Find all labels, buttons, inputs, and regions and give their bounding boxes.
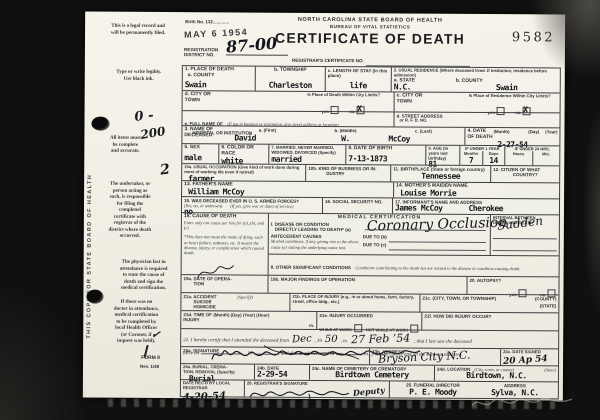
death-limits-question: Is Place of Death Within City Limits? xyxy=(296,93,392,98)
certificate-form: Birth No. 132............. MAY 6 1954 RE… xyxy=(180,13,561,399)
time-of-injury-meridiem: m. xyxy=(213,322,314,328)
funeral-director-value: P. E. Moody xyxy=(392,388,474,397)
margin-note-legal: This is a legal record and will be perma… xyxy=(109,24,167,37)
township-value: Charleston xyxy=(258,82,323,90)
disease-label: I. DISEASE OR CONDITION DIRECTLY LEADING… xyxy=(271,221,363,232)
cemetery-value: Birdtown Cemetery xyxy=(312,371,432,380)
date-of-death-label: 4. DATE OF DEATH xyxy=(467,129,493,141)
death-city-label: d. CITY OR TOWN xyxy=(185,92,219,109)
street-address-label2: or R. F. D. NO. xyxy=(397,119,558,125)
time-of-injury-label: 21d. TIME OF INJURY xyxy=(183,312,213,327)
org-line1: NORTH CAROLINA STATE BOARD OF HEALTH xyxy=(265,17,475,25)
middle-name-hint: b. (Middle) xyxy=(306,128,384,133)
field-ssn: 16. SOCIAL SECURITY NO. xyxy=(322,198,392,213)
margin-note-complete: All items must be complete and accurate. xyxy=(108,136,142,156)
other-conditions-sub: Conditions contributing to the death but… xyxy=(355,265,520,271)
field-time-of-injury: 21d. TIME OF INJURY (Month) (Day) (Year)… xyxy=(181,311,316,329)
field-cemetery-name: 24c. NAME OF CEMETERY OR CREMATORY Birdt… xyxy=(309,365,434,381)
birth-no: Birth No. 132............. xyxy=(185,19,229,24)
scan-left-texture xyxy=(0,280,90,420)
field-accident-suicide-homicide: 21a. ACCIDENT SUICIDE HOMICIDE (Specify) xyxy=(181,293,289,311)
accident-specify-hint: (Specify) xyxy=(237,294,253,309)
injury-state-hint: (STATE) xyxy=(422,303,556,309)
field-occupation: 10a. USUAL OCCUPATION (Give kind of work… xyxy=(182,164,305,181)
field-sex: 5. SEX male xyxy=(182,144,218,163)
field-date-signed: 23c. DATE SIGNED 20 Ap 54 xyxy=(500,349,558,365)
field-age-under-1-year: IF UNDER 1 YEAR Months 7 Days 14 xyxy=(459,146,504,165)
margin-handwriting-200: 200 xyxy=(139,124,166,142)
last-name-hint: c. (Last) xyxy=(384,128,462,133)
field-how-injury-occurred: 21f. HOW DID INJURY OCCUR? xyxy=(421,313,558,331)
citizen-label2: COUNTRY? xyxy=(493,172,557,178)
first-name-hint: a. (First) xyxy=(228,127,306,132)
form-revision: Rev. 1/49 xyxy=(140,364,159,369)
field-industry: 10b. KIND OF BUSINESS OR IN- DUSTRY xyxy=(305,165,390,182)
dod-month-hint: (Month) xyxy=(493,129,528,141)
field-mother-name: 14. MOTHER'S MAIDEN NAME Louise Morrie xyxy=(393,182,559,198)
margin-handwriting-2: 2 xyxy=(159,161,171,178)
field-cause-of-death-column: 18. CAUSE OF DEATH Enter only one cause … xyxy=(182,213,268,275)
field-citizenship: 12. CITIZEN OF WHAT COUNTRY? xyxy=(490,166,559,182)
field-age: 9. AGE (In years last birthday) 81 xyxy=(425,146,459,165)
margin-note-physician: The physician last in attendance is requ… xyxy=(119,260,167,293)
margin-note-type: Type or write legibly. Use black ink. xyxy=(113,70,165,83)
injury-city-label: 21c. (CITY, TOWN, OR TOWNSHIP) xyxy=(422,296,535,302)
residence-city-limits: Is Place of Residence Within City Limits… xyxy=(462,94,558,112)
field-death-city: d. CITY OR TOWN Is Place of Death Within… xyxy=(183,91,394,111)
township-label: b. TOWNSHIP xyxy=(258,68,323,74)
field-registrar-signature: 26. REGISTRAR'S SIGNATURE Deputy xyxy=(244,381,389,398)
operation-date-label: 19a. DATE OF OPERA- TION xyxy=(184,276,266,287)
age-label: 9. AGE (In years last birthday) xyxy=(428,147,457,162)
field-name-of-deceased: 3. NAME OF DECEASED a. (First) David b. … xyxy=(182,126,464,145)
field-place-of-injury: 21b. PLACE OF INJURY (e.g., in or about … xyxy=(289,294,419,312)
dod-day-hint: (Day) xyxy=(528,129,539,141)
due-to-b-label: DUE TO (b) xyxy=(363,234,387,242)
registrar-certificate-blank-line xyxy=(366,58,470,67)
certificate-serial-number: 9582 xyxy=(512,30,555,45)
antecedent-sub: Morbid conditions, if any, giving rise t… xyxy=(271,239,363,250)
dod-year-hint: (Year) xyxy=(545,129,557,141)
other-conditions-label: II. OTHER SIGNIFICANT CONDITIONS xyxy=(271,265,351,270)
field-street-address: d. STREET ADDRESS or R. F. D. NO. xyxy=(393,112,559,127)
field-race: 6. COLOR OR RACE white xyxy=(218,144,268,163)
marital-value: married xyxy=(271,155,343,163)
field-date-received: DATE REC'D BY LOCAL REGISTRAR 4-20-54 xyxy=(181,380,244,396)
field-other-significant-conditions: II. OTHER SIGNIFICANT CONDITIONS Conditi… xyxy=(269,254,559,277)
field-date-of-birth: 8. DATE OF BIRTH 7-13-1873 xyxy=(345,145,425,164)
first-name-value: David xyxy=(228,134,306,142)
field-burial-type: 24a. BURIAL, CREMA- TION, REMOVAL (Speci… xyxy=(181,364,254,379)
field-age-under-24-hrs: IF UNDER 24 HRS. Hours Min. xyxy=(504,146,559,165)
field-township: b. TOWNSHIP Charleston xyxy=(255,67,325,91)
last-name-value: McCoy xyxy=(384,135,462,143)
name-label: 3. NAME OF DECEASED xyxy=(184,127,228,142)
margin-note-undertaker: The undertaker, or person acting as such… xyxy=(108,182,152,241)
operation-findings-label: 19b. MAJOR FINDINGS OF OPERATION xyxy=(271,277,465,283)
field-length-of-stay: c. LENGTH OF STAY (in this place) life xyxy=(325,67,391,91)
injury-county-hint: (COUNTY) xyxy=(535,296,556,301)
how-injury-occurred-label: 21f. HOW DID INJURY OCCUR? xyxy=(424,314,556,320)
residence-limits-question: Is Place of Residence Within City Limits… xyxy=(462,94,558,99)
medical-certification-block: MEDICAL CERTIFICATION I. DISEASE OR COND… xyxy=(268,214,559,277)
days-value: 14 xyxy=(483,157,505,165)
cause-of-death-sub: Enter only one cause per line for (a), (… xyxy=(184,220,266,231)
registrar-certificate-row: REGISTRAR'S CERTIFICATE NO. xyxy=(292,58,472,67)
burial-date-value: 2-29-54 xyxy=(257,371,307,379)
form-grid: 1. PLACE OF DEATH a. COUNTY Swain b. TOW… xyxy=(180,65,561,399)
field-armed-forces: 15. WAS DECEASED EVER IN U. S. ARMED FOR… xyxy=(182,197,322,213)
org-title-block: NORTH CAROLINA STATE BOARD OF HEALTH BUR… xyxy=(265,17,475,48)
field-place-county: 1. PLACE OF DEATH a. COUNTY Swain xyxy=(183,66,255,90)
field-marital-status: 7. MARRIED, NEVER MARRIED, WIDOWED, DIVO… xyxy=(268,145,345,164)
due-to-c-label: DUE TO (c) xyxy=(363,242,387,250)
hours-label: Hours xyxy=(505,151,532,156)
death-certificate-page: THIS COPY FOR STATE BOARD OF HEALTH This… xyxy=(83,12,565,401)
punch-hole-bottom xyxy=(86,290,103,304)
accident-label: 21a. ACCIDENT SUICIDE HOMICIDE xyxy=(183,294,237,309)
field-operation-findings: 19b. MAJOR FINDINGS OF OPERATION xyxy=(267,276,466,294)
burial-location-value: Birdtown, N.C. xyxy=(437,372,556,381)
death-city-limits: Is Place of Death Within City Limits? ye… xyxy=(296,93,392,111)
interval-line-b xyxy=(493,238,557,239)
length-of-stay-label: c. LENGTH OF STAY (in this place) xyxy=(328,68,389,79)
field-physician-signature: 23a. SIGNATURE xyxy=(181,347,369,364)
field-date-of-operation: 19a. DATE OF OPERA- TION xyxy=(181,275,267,293)
margin-handwriting-zero: 0 - xyxy=(134,108,154,125)
field-hospital-name: e. FULL NAME OF (If not in hospital or i… xyxy=(182,111,393,126)
scanned-document-background: THIS COPY FOR STATE BOARD OF HEALTH This… xyxy=(0,0,600,420)
place-county-label: a. COUNTY xyxy=(185,73,253,79)
form-header: Birth No. 132............. MAY 6 1954 RE… xyxy=(182,13,561,67)
field-interval-onset-death: INTERVAL BETWEEN ONSET AND DEATH Sudden xyxy=(490,215,559,255)
field-date-of-death: 4. DATE OF DEATH (Month) (Day) (Year) 2-… xyxy=(464,128,559,146)
field-residence-city: c. CITY OR TOWN Is Place of Residence Wi… xyxy=(394,92,560,112)
middle-name-value: W. xyxy=(306,135,384,143)
funeral-director-address-value: Sylva, N.C. xyxy=(474,389,556,398)
margin-vertical-text: THIS COPY FOR STATE BOARD OF HEALTH xyxy=(86,164,93,339)
interval-line-c xyxy=(493,250,557,251)
min-label: Min. xyxy=(533,151,560,156)
date-received-value: 4-20-54 xyxy=(183,390,242,404)
cause-footnote: *This does not mean the mode of dying, s… xyxy=(184,234,266,256)
margin-handwritten-checkmark: ✓ xyxy=(150,327,161,341)
margin-column: THIS COPY FOR STATE BOARD OF HEALTH This… xyxy=(83,12,182,399)
residence-city-label: c. CITY OR TOWN xyxy=(397,93,427,110)
field-autopsy: 20. AUTOPSY? yes no xyxy=(466,277,558,295)
form-number: FORM 8 xyxy=(141,356,160,362)
sex-label: 5. SEX xyxy=(184,145,216,151)
industry-label2: DUSTRY xyxy=(308,171,388,177)
field-father-name: 13. FATHER'S NAME William McCoy xyxy=(182,181,393,197)
registrar-certificate-label: REGISTRAR'S CERTIFICATE NO. xyxy=(292,58,364,66)
registrar-deputy-note: Deputy xyxy=(353,385,386,398)
informant-name-value: James McCoy xyxy=(395,205,443,213)
length-of-stay-value: life xyxy=(328,82,389,90)
field-burial-date: 24b. DATE 2-29-54 xyxy=(254,365,309,380)
ssn-label: 16. SOCIAL SECURITY NO. xyxy=(325,199,390,205)
time-of-injury-hints: (Month) (Day) (Year) (Hour) xyxy=(213,312,314,318)
field-physician-address: 23b. ADDRESS Bryson City N.C. xyxy=(369,348,500,365)
informant-address-value: Cherokee xyxy=(468,205,503,213)
sex-value: male xyxy=(184,154,216,162)
place-of-injury-label: 21b. PLACE OF INJURY (e.g., in or about … xyxy=(292,295,417,305)
registration-district-label: REGISTRATION DISTRICT NO. xyxy=(184,47,218,58)
field-injury-location: 21c. (CITY, TOWN, OR TOWNSHIP) (COUNTY) … xyxy=(419,295,558,313)
field-usual-residence: 2. USUAL RESIDENCE (Where deceased lived… xyxy=(391,67,560,92)
birthplace-value: Tennessee xyxy=(393,172,488,181)
punch-hole-top xyxy=(91,117,109,131)
field-informant: 17. INFORMANT'S NAME AND ADDRESS James M… xyxy=(392,198,559,214)
race-label: 6. COLOR OR RACE xyxy=(221,145,266,157)
field-funeral-director: 25. FUNERAL DIRECTOR P. E. Moody ADDRESS… xyxy=(389,381,558,398)
dob-label: 8. DATE OF BIRTH xyxy=(348,146,423,152)
place-county-value: Swain xyxy=(185,81,253,89)
field-birthplace: 11. BIRTHPLACE (State or foreign country… xyxy=(390,165,490,182)
dob-value: 7-13-1873 xyxy=(348,155,423,163)
field-burial-location: 24d. LOCATION (City, town, or county) (S… xyxy=(434,366,558,382)
due-to-c-line xyxy=(388,242,485,251)
field-injury-occurred: 21e. INJURY OCCURRED WHILE AT WORK NOT W… xyxy=(316,312,421,330)
certificate-title: CERTIFICATE OF DEATH xyxy=(265,30,475,47)
scan-edge-texture xyxy=(584,110,600,310)
months-value: 7 xyxy=(460,157,482,165)
